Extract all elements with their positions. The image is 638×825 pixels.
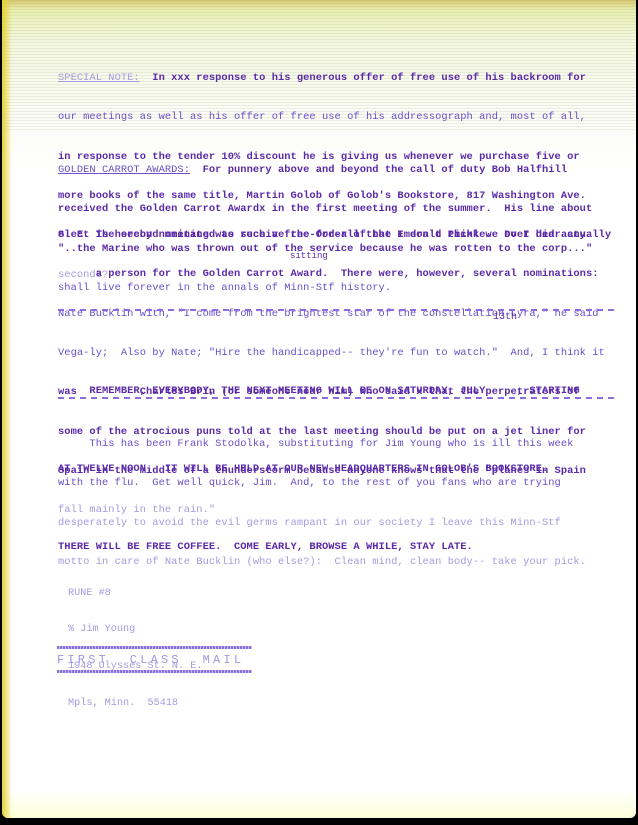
mailing-address: RUNE #8 % Jim Young 1948 Ulysses St. N. … [68, 563, 203, 735]
address-line: RUNE #8 [68, 588, 203, 600]
second-meeting-line: a person for the Golden Carrot Award. Th… [58, 268, 628, 281]
address-line: Mpls, Minn. 55418 [68, 698, 203, 710]
date-superscript: 13th [493, 312, 517, 323]
closing-line: with the flu. Get well quick, Jim. And, … [58, 477, 628, 490]
stamp-rule-top [57, 646, 252, 649]
closing-line: desperately to avoid the evil germs ramp… [58, 517, 628, 530]
special-note-heading: SPECIAL NOTE: [58, 72, 140, 84]
dashed-divider [58, 397, 618, 399]
special-note-line: our meetings as well as his offer of fre… [58, 111, 628, 124]
closing-line: This has been Frank Stodolka, substituti… [58, 438, 628, 451]
golden-carrot-line: For punnery above and beyond the call of… [190, 164, 567, 176]
special-note-line: In xxx response to his generous offer of… [140, 72, 586, 84]
golden-carrot-heading: GOLDEN CARROT AWARDS: [58, 164, 190, 176]
mimeographed-page: SPECIAL NOTE: In xxx response to his gen… [2, 0, 636, 818]
first-class-mail-stamp: FIRST CLASS MAIL [57, 653, 252, 667]
overtype-word: sitting [290, 251, 328, 261]
second-meeting-line: elect The second meeting was such a free… [58, 229, 628, 242]
announcement-line: REMEMBER, EVERYBODY, THE NEXT MEETING WI… [58, 378, 628, 404]
stamp-rule-bottom [57, 670, 252, 673]
dashed-divider [58, 309, 618, 311]
address-line: % Jim Young [68, 624, 203, 636]
